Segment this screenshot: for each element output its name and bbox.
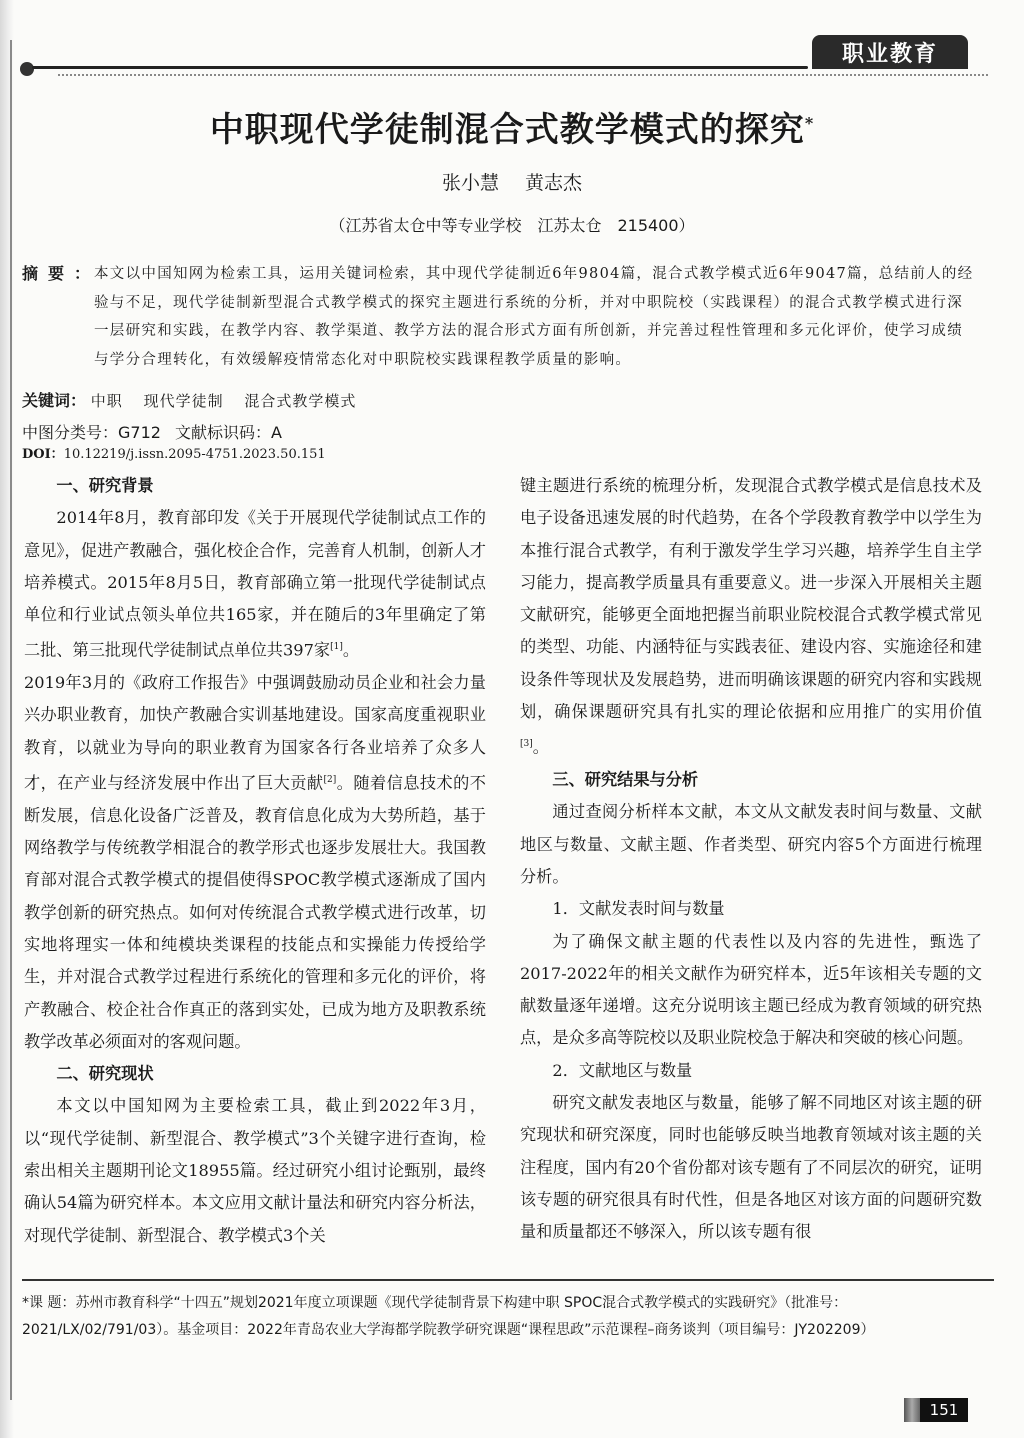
page-number-box: 151 bbox=[904, 1398, 968, 1422]
keywords-label: 关键词： bbox=[22, 391, 86, 410]
subsection-heading: 2．文献地区与数量 bbox=[520, 1055, 982, 1087]
citation: [3] bbox=[520, 739, 533, 749]
article-title: 中职现代学徒制混合式教学模式的探究* bbox=[0, 102, 1024, 151]
title-text: 中职现代学徒制混合式教学模式的探究 bbox=[210, 110, 805, 150]
classification: 中图分类号：G712文献标识码：A bbox=[22, 420, 282, 443]
paragraph: 键主题进行系统的梳理分析，发现混合式教学模式是信息技术及电子设备迅速发展的时代趋… bbox=[520, 470, 982, 764]
section-heading: 一、研究背景 bbox=[24, 470, 486, 502]
footnote-rule bbox=[22, 1279, 994, 1281]
keyword: 中职 bbox=[91, 392, 123, 410]
abstract: 摘要： 本文以中国知网为检索工具，运用关键词检索，其中现代学徒制近6年9804篇… bbox=[22, 260, 977, 374]
doi-value: 10.12219/j.issn.2095-4751.2023.50.151 bbox=[64, 447, 326, 462]
citation: [2] bbox=[324, 775, 337, 785]
doi-label: DOI： bbox=[22, 447, 64, 462]
author-1: 张小慧 bbox=[442, 172, 499, 194]
section-badge: 职业教育 bbox=[812, 35, 968, 69]
footnote: *课 题：苏州市教育科学“十四五”规划2021年度立项课题《现代学徒制背景下构建… bbox=[22, 1290, 994, 1344]
header-dotted-rule bbox=[58, 74, 988, 76]
paragraph: 本文以中国知网为主要检索工具，截止到2022年3月，以“现代学徒制、新型混合、教… bbox=[24, 1090, 486, 1251]
paragraph: 2019年3月的《政府工作报告》中强调鼓励动员企业和社会力量兴办职业教育，加快产… bbox=[24, 667, 486, 1058]
section-heading: 二、研究现状 bbox=[24, 1058, 486, 1090]
abstract-label: 摘要： bbox=[22, 260, 100, 289]
binding-line bbox=[10, 40, 12, 1400]
header-rule bbox=[32, 66, 808, 69]
paragraph: 为了确保文献主题的代表性以及内容的先进性，甄选了2017-2022年的相关文献作… bbox=[520, 926, 982, 1055]
paragraph: 通过查阅分析样本文献，本文从文献发表时间与数量、文献地区与数量、文献主题、作者类… bbox=[520, 796, 982, 893]
title-footnote-mark: * bbox=[805, 114, 814, 133]
doc-code-label: 文献标识码： bbox=[175, 423, 271, 442]
paragraph: 2014年8月，教育部印发《关于开展现代学徒制试点工作的意见》，促进产教融合，强… bbox=[24, 502, 486, 667]
keyword: 现代学徒制 bbox=[144, 392, 224, 410]
doc-code-value: A bbox=[271, 423, 282, 442]
header-dot-ornament bbox=[20, 62, 34, 76]
author-2: 黄志杰 bbox=[525, 172, 582, 194]
keyword: 混合式教学模式 bbox=[244, 392, 356, 410]
subsection-heading: 1．文献发表时间与数量 bbox=[520, 893, 982, 925]
clc-label: 中图分类号： bbox=[22, 423, 118, 442]
page-number-ornament bbox=[904, 1398, 920, 1422]
clc-value: G712 bbox=[118, 423, 161, 442]
authors: 张小慧 黄志杰 bbox=[0, 168, 1024, 195]
citation: [1] bbox=[330, 642, 343, 652]
column-left: 一、研究背景 2014年8月，教育部印发《关于开展现代学徒制试点工作的意见》，促… bbox=[24, 470, 486, 1252]
doi: DOI：10.12219/j.issn.2095-4751.2023.50.15… bbox=[22, 443, 326, 462]
section-heading: 三、研究结果与分析 bbox=[520, 764, 982, 796]
affiliation: （江苏省太仓中等专业学校 江苏太仓 215400） bbox=[0, 213, 1024, 236]
page-number: 151 bbox=[920, 1398, 968, 1422]
paragraph: 研究文献发表地区与数量，能够了解不同地区对该主题的研究现状和研究深度，同时也能够… bbox=[520, 1087, 982, 1248]
column-right: 键主题进行系统的梳理分析，发现混合式教学模式是信息技术及电子设备迅速发展的时代趋… bbox=[520, 470, 982, 1249]
abstract-body: 本文以中国知网为检索工具，运用关键词检索，其中现代学徒制近6年9804篇，混合式… bbox=[94, 260, 977, 374]
keywords: 关键词： 中职 现代学徒制 混合式教学模式 bbox=[22, 388, 372, 411]
